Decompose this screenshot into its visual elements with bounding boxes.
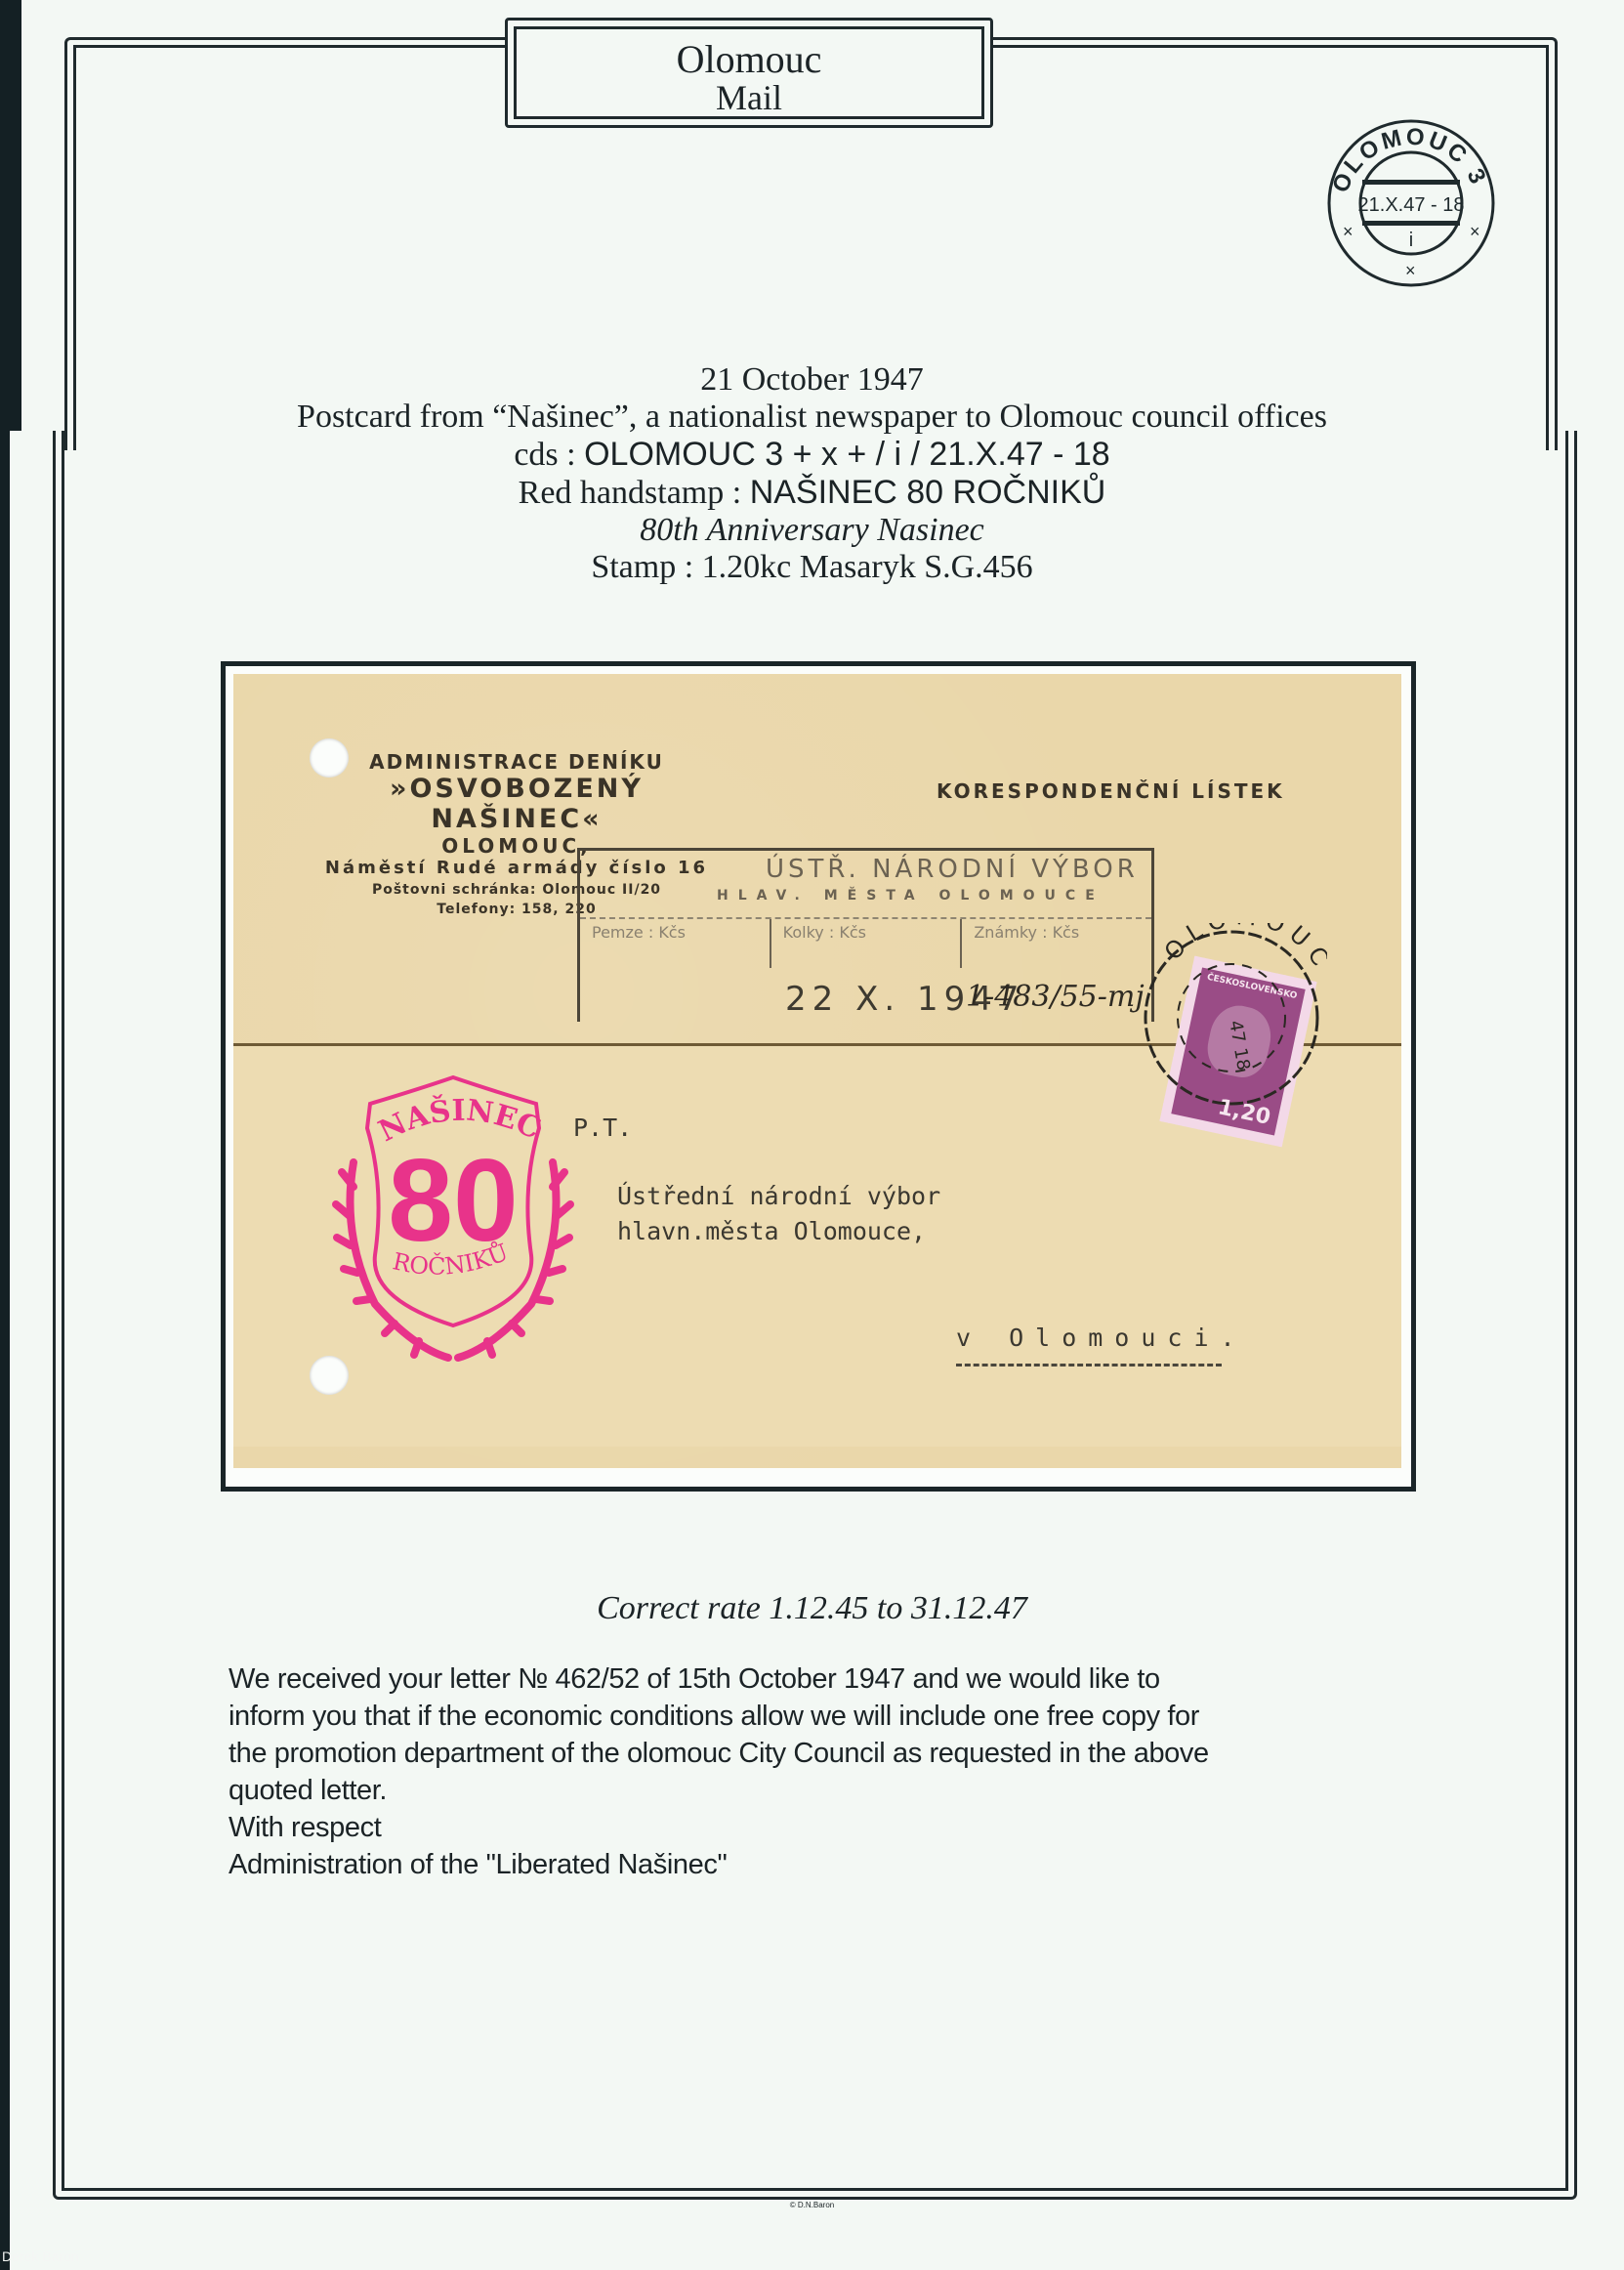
address-underline bbox=[956, 1364, 1222, 1366]
stamp-line: Stamp : 1.20kc Masaryk S.G.456 bbox=[0, 549, 1624, 586]
cover-date: 21 October 1947 bbox=[0, 361, 1624, 399]
cds-town-text: OLOMOUC 3 bbox=[1327, 123, 1492, 196]
cover-summary: Postcard from “Našinec”, a nationalist n… bbox=[0, 399, 1624, 436]
address-line: hlavn.města Olomouce, bbox=[617, 1217, 926, 1245]
cds-date-text: 21.X.47 - 18 bbox=[1358, 194, 1465, 216]
rate-note: Correct rate 1.12.45 to 31.12.47 bbox=[0, 1590, 1624, 1627]
page-subtitle: Mail bbox=[517, 80, 981, 115]
scan-edge-strip bbox=[0, 431, 10, 2270]
card-postmark: OLOMOUC 47 18 bbox=[1137, 923, 1327, 1114]
address-city: v Olomouci. bbox=[956, 1324, 1247, 1352]
postcard: ADMINISTRACE DENÍKU »OSVOBOZENÝ NAŠINEC«… bbox=[233, 674, 1401, 1468]
page-title: Olomouc bbox=[517, 39, 981, 80]
address-line: Ústřední národní výbor bbox=[617, 1182, 940, 1210]
svg-text:OLOMOUC 3: OLOMOUC 3 bbox=[1327, 123, 1492, 196]
cds-cross-icon: × bbox=[1343, 222, 1353, 241]
card-type-label: KORESPONDENČNÍ LÍSTEK bbox=[937, 779, 1285, 803]
copyright-notice: © D.N.Baron bbox=[0, 2201, 1624, 2209]
red-handstamp: NAŠINEC 80 ROČNIKŮ bbox=[326, 1070, 580, 1363]
cds-index-letter: i bbox=[1409, 230, 1413, 251]
handwritten-reference: 1-483/55-mj bbox=[966, 980, 1145, 1014]
cds-cross-icon: × bbox=[1405, 261, 1416, 280]
cds-postmark-illustration: OLOMOUC 3 21.X.47 - 18 i × × × bbox=[1323, 115, 1499, 291]
translation-text: We received your letter № 462/52 of 15th… bbox=[229, 1660, 1430, 1883]
page-title-box: Olomouc Mail bbox=[505, 18, 993, 128]
svg-text:47 18: 47 18 bbox=[1225, 1019, 1254, 1072]
receipt-handstamp: ÚSTŘ. NÁRODNÍ VÝBOR HLAV. MĚSTA OLOMOUCE… bbox=[577, 848, 1154, 1022]
postcard-mount: ADMINISTRACE DENÍKU »OSVOBOZENÝ NAŠINEC«… bbox=[221, 661, 1416, 1492]
cds-cross-icon: × bbox=[1470, 222, 1480, 241]
cover-description: 21 October 1947 Postcard from “Našinec”,… bbox=[0, 361, 1624, 586]
address-salutation: P.T. bbox=[573, 1114, 632, 1142]
cds-line: cds : OLOMOUC 3 + x + / i / 21.X.47 - 18 bbox=[0, 436, 1624, 474]
handstamp-line: Red handstamp : NAŠINEC 80 ROČNIKŮ bbox=[0, 474, 1624, 512]
anniversary-line: 80th Anniversary Nasinec bbox=[0, 512, 1624, 549]
scan-watermark: Derek Baron bbox=[2, 2249, 79, 2264]
